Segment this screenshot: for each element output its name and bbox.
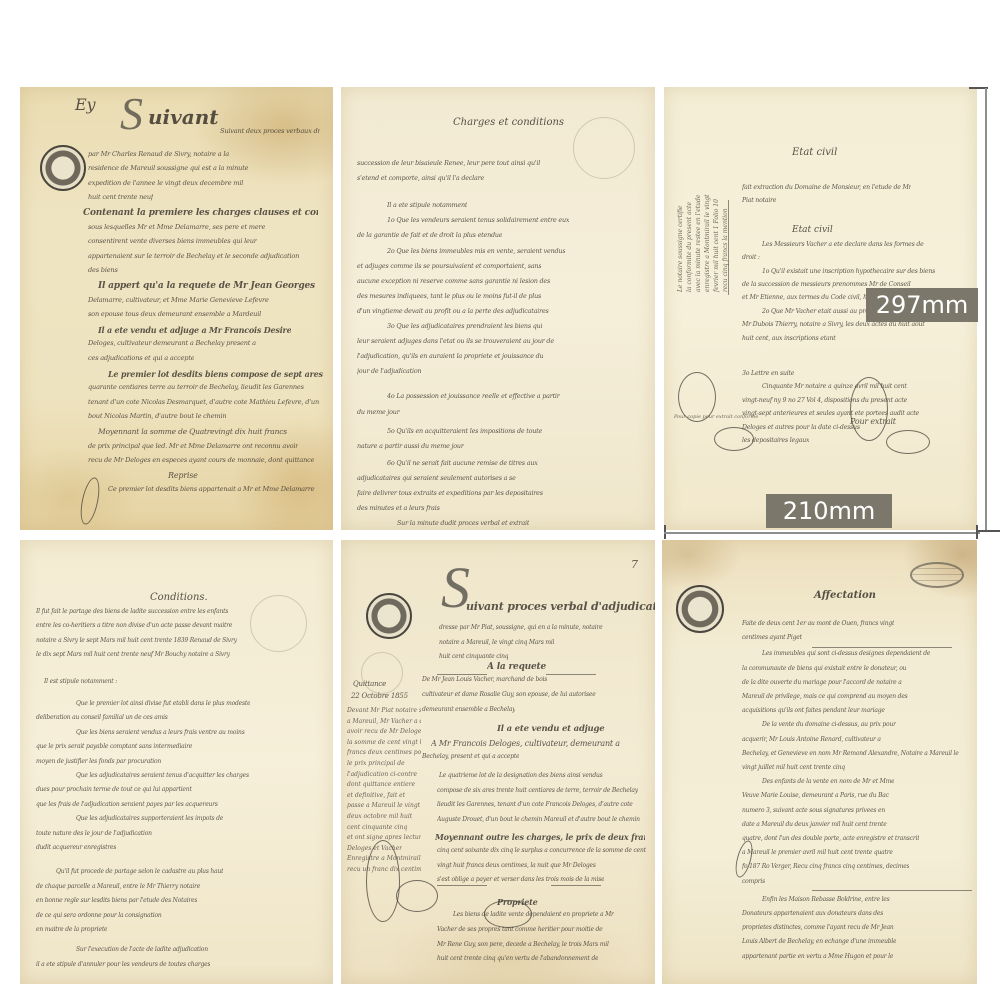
- handwritten-line: Deloges, cultivateur demeurant a Bechela…: [88, 339, 256, 347]
- handwritten-line: 2o Que les biens immeubles mis en vente,…: [387, 247, 565, 255]
- handwritten-line: compose de six ares trente huit centiare…: [437, 787, 638, 794]
- handwritten-line: de la garantie de fait et de droit la pl…: [357, 231, 502, 239]
- handwritten-line: demeurant ensemble a Bechelay: [422, 706, 515, 713]
- registration-oval-stamp: [910, 562, 964, 588]
- handwritten-line: consentirent vente diverses biens immeub…: [88, 237, 257, 245]
- handwritten-line: Enfin les Maison Rebasse Boldrine, entre…: [762, 896, 890, 903]
- handwritten-line: vingt huit francs deux centimes, la nuit…: [437, 862, 596, 869]
- handwritten-line: cultivateur et dame Rosalie Guy, son epo…: [422, 691, 596, 698]
- handwritten-line: des biens: [88, 266, 118, 274]
- handwritten-line: quatre, dont l'un des double porte, acte…: [742, 835, 919, 842]
- handwritten-line: date a Mareuil du deux janvier mil huit …: [742, 821, 887, 828]
- handwritten-line: Bechelay, present et qui a accepte: [422, 753, 519, 760]
- height-dimension-line: [985, 88, 987, 530]
- page-title: Conditions.: [150, 592, 208, 603]
- margin-date: 22 Octobre 1855: [351, 692, 408, 700]
- handwritten-line: deliberation au conseil familial un de c…: [36, 714, 168, 721]
- handwritten-line: Delamarre, cultivateur, et Mme Marie Gen…: [88, 296, 269, 304]
- signature-bottom: [732, 839, 755, 879]
- handwritten-line: A la requete: [487, 662, 546, 672]
- handwritten-line: Vacher de ses propres tant comme heritie…: [437, 926, 603, 933]
- handwritten-line: il a ete stipule d'annuler pour les vend…: [36, 961, 210, 968]
- handwritten-line: 1o Qu'il existait une inscription hypoth…: [762, 268, 935, 275]
- handwritten-line: huit cent trente neuf: [88, 193, 153, 201]
- width-dimension-line: [664, 532, 980, 534]
- margin-annotation-line: recu cinq francs la mention: [721, 208, 730, 292]
- margin-note-line: dont quittance entiere: [347, 780, 415, 789]
- handwritten-line: De Mr Jean Louis Vacher, marchand de boi…: [422, 676, 547, 683]
- margin-note-line: a Mareuil, Mr Vacher a declare: [347, 717, 421, 726]
- handwritten-line: Mr Rene Guy, son pere, decede a Bechelay…: [437, 941, 609, 948]
- page-number: 7: [631, 558, 638, 571]
- margin-note-line: le prix principal de: [347, 759, 405, 768]
- handwritten-line: Ce premier lot desdits biens appartenait…: [108, 485, 315, 493]
- width-dimension-label: 210mm: [766, 494, 892, 528]
- handwritten-line: appartenaient sur le terroir de Bechelay…: [88, 252, 299, 260]
- handwritten-line: notaire a Mareuil, le vingt cinq Mars mi…: [439, 639, 554, 646]
- ruled-line: [812, 647, 952, 648]
- handwritten-line: Le premier lot desdits biens compose de …: [108, 369, 323, 379]
- handwritten-line: s'etend et comporte, ainsi qu'il l'a dec…: [357, 174, 484, 182]
- handwritten-line: Que les adjudicataires supporteraient le…: [76, 815, 223, 822]
- handwritten-line: des minutes et a leurs frais: [357, 504, 440, 512]
- corner-mark: Ey: [75, 95, 95, 114]
- fiscal-stamp-seal: [40, 145, 86, 191]
- manuscript-page-1: Ey S uivant Suivant deux proces verbaux …: [20, 87, 333, 530]
- handwritten-line: droit :: [742, 254, 760, 261]
- height-dimension-bottom-tick: [978, 530, 1000, 532]
- handwritten-line: de la succession de messieurs prenommes …: [742, 281, 911, 288]
- handwritten-line: toute nature des le jour de l'adjudicati…: [36, 830, 152, 837]
- handwritten-line: par Mr Charles Renaud de Sivry, notaire …: [88, 150, 229, 158]
- handwritten-line: Auguste Drouet, d'un bout le chemin Mare…: [437, 816, 640, 823]
- heading-word: uivant proces verbal d'adjudication: [466, 600, 655, 613]
- handwritten-line: cinq cent soixante dix cinq le surplus a…: [437, 847, 646, 854]
- handwritten-line: en bonne regle sur lesdits biens par l'e…: [36, 897, 197, 904]
- signature-left-flourish: [714, 427, 754, 451]
- ruled-line: [437, 674, 487, 675]
- handwritten-line: d'un vingtieme devait au profit ou a la …: [357, 307, 549, 315]
- handwritten-line: tenant d'un cote Nicolas Desmarquet, d'a…: [88, 398, 319, 406]
- handwritten-line: proprietes distinctes, comme l'ayant rec…: [742, 924, 894, 931]
- handwritten-line: Faite de deux cent 1er au mont de Ouen, …: [742, 620, 894, 627]
- handwritten-line: Il a ete vendu et adjuge: [497, 724, 605, 734]
- margin-note-line: Devant Mr Piat notaire soussigne: [347, 706, 421, 715]
- ruled-line: [437, 885, 487, 886]
- handwritten-line: que le prix serait payable comptant sans…: [36, 743, 192, 750]
- handwritten-line: leur seraient adjuges dans l'etat ou ils…: [357, 337, 554, 345]
- handwritten-line: Que les biens seraient vendus a leurs fr…: [76, 729, 245, 736]
- handwritten-line: Le quatrieme lot de la designation des b…: [439, 772, 603, 779]
- handwritten-line: acquerir, Mr Louis Antoine Renard, culti…: [742, 736, 881, 743]
- handwritten-line: adjudicataires qui seraient seulement au…: [357, 474, 516, 482]
- handwritten-line: fo 187 Ro Verger, Recu cinq francs cinq …: [742, 863, 909, 870]
- handwritten-line: moyen de justifier les fonds par procura…: [36, 758, 161, 765]
- margin-note-line: la somme de cent vingt huit: [347, 738, 421, 747]
- handwritten-line: 1o Que les vendeurs seraient tenus solid…: [387, 216, 569, 224]
- signature-right: [850, 377, 888, 441]
- handwritten-line: Il a ete stipule notamment: [387, 201, 467, 209]
- margin-annotation-line: avec la minute restee en l'etude: [694, 195, 703, 292]
- handwritten-line: Mr Dubois Thierry, notaire a Sivry, les …: [742, 321, 925, 328]
- handwritten-line: sous lesquelles Mr et Mme Delamarre, ses…: [88, 223, 265, 231]
- handwritten-line: bout Nicolas Martin, d'autre bout le che…: [88, 412, 226, 420]
- handwritten-line: Reprise: [168, 471, 198, 480]
- signature-flourish: [77, 476, 103, 526]
- handwritten-line: Suivant deux proces verbaux dresses: [220, 127, 320, 135]
- handwritten-line: appartenant partie en vertu a Mme Hugon …: [742, 953, 893, 960]
- handwritten-line: Il a ete vendu et adjuge a Mr Francois D…: [98, 325, 291, 335]
- handwritten-line: Mareuil de privilege, mais ce qui compre…: [742, 693, 908, 700]
- handwritten-line: 6o Qu'il ne serait fait aucune remise de…: [387, 459, 538, 467]
- handwritten-line: expedition de l'annee le vingt deux dece…: [88, 179, 243, 187]
- handwritten-line: lieudit les Garennes, tenant d'un cote F…: [437, 801, 633, 808]
- handwritten-line: la communaute de biens qui existait entr…: [742, 665, 906, 672]
- handwritten-line: Louis Albert de Bechelay, en echange d'u…: [742, 938, 896, 945]
- manuscript-page-4: Conditions. Il fut fait le partage des b…: [20, 540, 333, 984]
- handwritten-line: residence de Mareuil soussigne qui est a…: [88, 164, 248, 172]
- margin-date-label: Quittance: [353, 680, 386, 688]
- handwritten-line: huit cent, aux inscriptions etant: [742, 335, 836, 342]
- handwritten-line: Sur l'execution de l'acte de ladite adju…: [76, 946, 208, 953]
- handwritten-line: de la dite ouverte du mariage pour l'acc…: [742, 679, 902, 686]
- decorative-initial: S: [120, 87, 143, 140]
- handwritten-line: huit cent cinquante cinq: [439, 653, 508, 660]
- handwritten-line: Les Messieurs Vacher a ete declare dans …: [762, 241, 924, 248]
- handwritten-line: huit cent trente cinq qu'en vertu de l'a…: [437, 955, 598, 962]
- signature-right-flourish: [886, 430, 930, 454]
- margin-annotation-line: Le notaire soussigne certifie: [676, 205, 685, 292]
- heading-word: uivant: [148, 105, 219, 129]
- signature-margin-flourish: [396, 880, 438, 912]
- handwritten-line: acquisitions qu'ils ont faites pendant l…: [742, 707, 885, 714]
- handwritten-line: son epouse tous deux demeurant ensemble …: [88, 310, 261, 318]
- handwritten-line: en maitre de la propriete: [36, 926, 107, 933]
- signature-margin: [366, 840, 400, 922]
- handwritten-line: nature a partir aussi du meme jour: [357, 442, 464, 450]
- margin-annotation-line: enregistre a Montmirail le vingt: [703, 194, 712, 292]
- handwritten-line: De la vente du domaine ci-dessus, au pri…: [762, 721, 896, 728]
- handwritten-line: Moyennant la somme de Quatrevingt dix hu…: [98, 427, 287, 436]
- height-dimension-label: 297mm: [866, 288, 978, 322]
- handwritten-line: entre les co-heritiers a titre non divis…: [36, 622, 232, 629]
- handwritten-line: vingt juillet mil huit cent trente cinq: [742, 764, 845, 771]
- handwritten-line: l'adjudication, qu'ils en auraient la pr…: [357, 352, 543, 360]
- handwritten-line: ces adjudications et qui a accepte: [88, 354, 194, 362]
- handwritten-line: numero 3, suivant acte sous signatures p…: [742, 807, 885, 814]
- handwritten-line: de chaque parcelle a Mareuil, entre le M…: [36, 883, 200, 890]
- handwritten-line: Il fut fait le partage des biens de ladi…: [36, 608, 228, 615]
- handwritten-line: Donateurs appartenaient aux donateurs da…: [742, 910, 883, 917]
- margin-note-line: l'adjudication ci-contre: [347, 770, 417, 779]
- ruled-line: [551, 885, 601, 886]
- handwritten-line: Piat notaire: [742, 197, 776, 204]
- handwritten-line: Il appert qu'a la requete de Mr Jean Geo…: [98, 281, 315, 291]
- handwritten-line: 3o Que les adjudicataires prendraient le…: [387, 322, 542, 330]
- handwritten-line: le dix sept Mars mil huit cent trente ne…: [36, 651, 230, 658]
- handwritten-line: Bechelay, et Genevieve en nom Mr Remond …: [742, 750, 959, 757]
- handwritten-line: de prix principal que led. Mr et Mme Del…: [88, 442, 298, 450]
- handwritten-line: dresse par Mr Piat, soussigne, qui en a …: [439, 624, 603, 631]
- handwritten-line: centimes ayant Piget: [742, 634, 802, 641]
- handwritten-line: aucune exception ni reserve comme sans g…: [357, 277, 550, 285]
- ruled-line: [546, 674, 596, 675]
- handwritten-line: faire delivrer tous extraits et expediti…: [357, 489, 543, 497]
- handwritten-line: succession de leur bisaieule Renee, leur…: [357, 159, 540, 167]
- handwritten-line: dues pour prochain terme de tout ce qui …: [36, 786, 192, 793]
- fiscal-stamp-seal: [676, 585, 724, 633]
- handwritten-line: Des enfants de la vente en nom de Mr et …: [762, 778, 894, 785]
- handwritten-line: Les biens de ladite vente dependaient en…: [453, 911, 614, 918]
- signature-bottom: [484, 900, 532, 928]
- handwritten-line: des mesures indiquees, tant le plus ou l…: [357, 292, 541, 300]
- margin-note-line: deux octobre mil huit: [347, 812, 412, 821]
- handwritten-line: et adjuges comme ils se poursuivaient et…: [357, 262, 541, 270]
- handwritten-line: dudit acquereur enregistres: [36, 844, 116, 851]
- page-title: Affectation: [814, 590, 876, 601]
- handwritten-line: A Mr Francois Deloges, cultivateur, deme…: [431, 739, 620, 748]
- handwritten-line: fait extraction du Domaine de Monsieur, …: [742, 184, 911, 191]
- handwritten-line: Que le premier lot ainsi divise fut etab…: [76, 700, 250, 707]
- handwritten-line: Contenant la premiere les charges clause…: [83, 208, 318, 218]
- margin-note-line: francs deux centimes pour: [347, 748, 421, 757]
- page-title: Etat civil: [792, 147, 837, 158]
- handwritten-line: Que les adjudicataires seraient tenus d'…: [76, 772, 249, 779]
- margin-note-line: passe a Mareuil le vingt: [347, 801, 420, 810]
- manuscript-page-6: Affectation Faite de deux cent 1er au mo…: [662, 540, 977, 984]
- handwritten-line: Moyennant outre les charges, le prix de …: [435, 832, 645, 842]
- margin-annotation-line: fevrier mil huit cent 1 Folio 10: [712, 199, 721, 292]
- handwritten-line: 3o Lettre en suite: [742, 370, 794, 377]
- handwritten-line: s'est oblige a payer et verser dans les …: [437, 876, 604, 883]
- handwritten-line: Deloges et autres pour la date ci-dessus: [742, 424, 860, 431]
- ruled-line: [812, 890, 972, 891]
- handwritten-line: Veuve Marie Louise, demeurant a Paris, r…: [742, 792, 889, 799]
- handwritten-line: Qu'il fut procede de partage selon le ca…: [56, 868, 223, 875]
- manuscript-page-2: Charges et conditions succession de leur…: [341, 87, 655, 530]
- handwritten-line: Il est stipule notamment :: [44, 678, 117, 685]
- signature-caption: Pour copie pour extrait conforme: [674, 413, 758, 422]
- handwritten-line: recu de Mr Deloges en especes ayant cour…: [88, 456, 314, 464]
- handwritten-line: Sur la minute dudit proces verbal et ext…: [397, 519, 529, 527]
- handwritten-line: du meme jour: [357, 408, 400, 416]
- margin-note-line: cent cinquante cinq: [347, 823, 407, 832]
- handwritten-line: 5o Qu'ils en acquitteraient les impositi…: [387, 427, 542, 435]
- handwritten-line: Les immeubles qui sont ci-dessus designe…: [762, 650, 930, 657]
- margin-note-line: et definitive, fait et: [347, 791, 405, 800]
- handwritten-line: notaire a Sivry le sept Mars mil huit ce…: [36, 637, 237, 644]
- handwritten-line: que les frais de l'adjudication seraient…: [36, 801, 218, 808]
- fiscal-stamp-seal: [366, 593, 412, 639]
- manuscript-page-5: 7 S uivant proces verbal d'adjudication …: [341, 540, 655, 984]
- handwritten-line: 4o La possession et jouissance reelle et…: [387, 392, 560, 400]
- margin-note-line: avoir recu de Mr Deloges: [347, 727, 421, 736]
- handwritten-line: quarante centiares terre au terroir de B…: [88, 383, 304, 391]
- page-title: Charges et conditions: [453, 117, 564, 128]
- handwritten-line: Cinquante Mr notaire a quinze avril mil …: [762, 383, 907, 390]
- handwritten-line: a Mareuil le premier avril mil huit cent…: [742, 849, 893, 856]
- handwritten-line: jour de l'adjudication: [357, 367, 421, 375]
- handwritten-line: de ce qui sera ordonne pour la consignat…: [36, 912, 162, 919]
- width-dimension-right-tick: [976, 525, 978, 539]
- handwritten-line: compris: [742, 878, 765, 885]
- page-subtitle: Etat civil: [792, 225, 833, 235]
- margin-annotation-line: la conformite du present acte: [685, 202, 694, 292]
